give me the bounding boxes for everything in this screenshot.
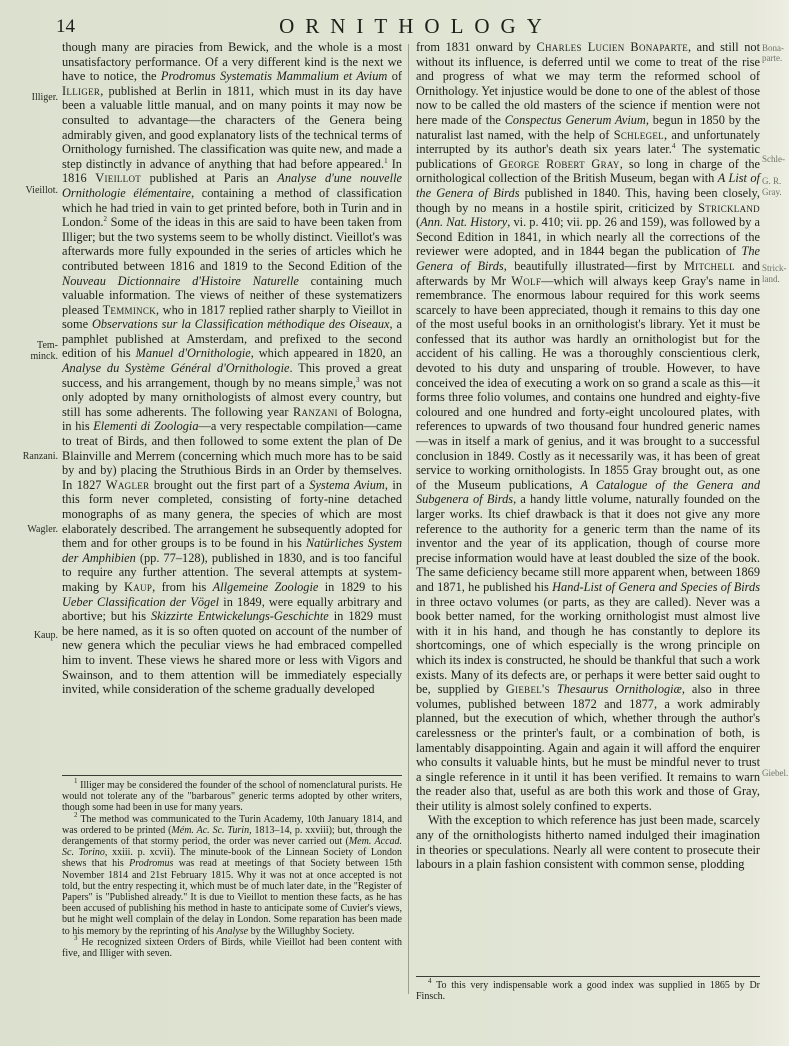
running-title: ORNITHOLOGY [56,14,736,39]
footnote-1: 1 Illiger may be considered the founder … [62,780,402,814]
author-gray: George Robert Gray [499,157,620,171]
footnote-rule-right [416,976,760,977]
title-ueber-classification: Ueber Classification der Vögel [62,595,219,609]
author-temminck: Temminck [103,303,156,317]
title-hand-list: Hand-List of Genera and Species of Birds [552,580,760,594]
title-nouveau-dictionnaire: Nouveau Dictionnaire d'Histoire Naturell… [62,274,299,288]
page-header: 14 ORNITHOLOGY [56,14,736,38]
title-observations: Observations sur la Classification métho… [92,317,390,331]
title-systema-avium: Systema Avium [309,478,385,492]
margin-note-schlegel: Schle- [762,154,789,165]
title-skizzirte: Skizzirte Entwickelungs-Geschichte [151,609,329,623]
margin-note-vieillot: Vieillot. [0,185,58,196]
margin-note-strickland-2: land. [762,274,789,285]
author-wolf: Wolf [511,274,541,288]
column-divider [408,44,409,994]
title-prodromus: Prodromus Systematis Mammalium et Avium [161,69,387,83]
footnote-3: 3 He recognized sixteen Orders of Birds,… [62,937,402,959]
right-footnotes: 4 To this very indispensable work a good… [416,980,760,1002]
title-elementi: Elementi di Zoologia [93,419,198,433]
title-ann-nat-history: Ann. Nat. History [420,215,507,229]
footnote-2: 2 The method was communicated to the Tur… [62,814,402,937]
margin-note-strickland-1: Strick- [762,263,789,274]
margin-note-ranzani: Ranzani. [0,451,58,462]
paragraph: With the exception to which reference ha… [416,813,760,871]
right-column-text: from 1831 onward by Charles Lucien Bonap… [416,40,760,872]
author-giebel: Giebel's [506,682,550,696]
margin-note-temminck-2: minck. [0,351,58,362]
margin-note-wagler: Wagler. [0,524,58,535]
margin-note-kaup: Kaup. [0,630,58,641]
book-page: 14 ORNITHOLOGY Illiger. Vieillot. Tem- m… [0,0,789,1046]
left-footnotes: 1 Illiger may be considered the founder … [62,780,402,959]
margin-note-bonaparte-2: parte. [762,53,789,64]
paragraph: from 1831 onward by Charles Lucien Bonap… [416,40,760,813]
margin-note-giebel: Giebel. [762,768,789,779]
author-bonaparte: Charles Lucien Bonaparte [536,40,688,54]
left-column-text: though many are piracies from Bewick, an… [62,40,402,697]
margin-note-gray-2: Gray. [762,187,789,198]
margin-note-gray-1: G. R. [762,176,789,187]
author-mitchell: Mitchell [684,259,735,273]
title-analyse-systeme: Analyse du Système Général d'Ornithologi… [62,361,289,375]
footnote-rule-left [62,775,402,776]
author-illiger: Illiger [62,84,100,98]
author-vieillot: Vieillot [95,171,141,185]
title-thesaurus: Thesaurus Ornithologiæ [557,682,682,696]
author-wagler: Wagler [106,478,149,492]
title-conspectus: Conspectus Generum Avium [505,113,646,127]
margin-note-temminck-1: Tem- [0,340,58,351]
footnote-4: 4 To this very indispensable work a good… [416,980,760,1002]
margin-note-illiger: Illiger. [0,92,58,103]
author-ranzani: Ranzani [293,405,338,419]
title-allgemeine-zoologie: Allgemeine Zoologie [213,580,319,594]
paragraph: though many are piracies from Bewick, an… [62,40,402,697]
author-kaup: Kaup [124,580,152,594]
title-manuel: Manuel d'Ornithologie [136,346,251,360]
author-schlegel: Schlegel [614,128,664,142]
author-strickland: Strickland [698,201,760,215]
